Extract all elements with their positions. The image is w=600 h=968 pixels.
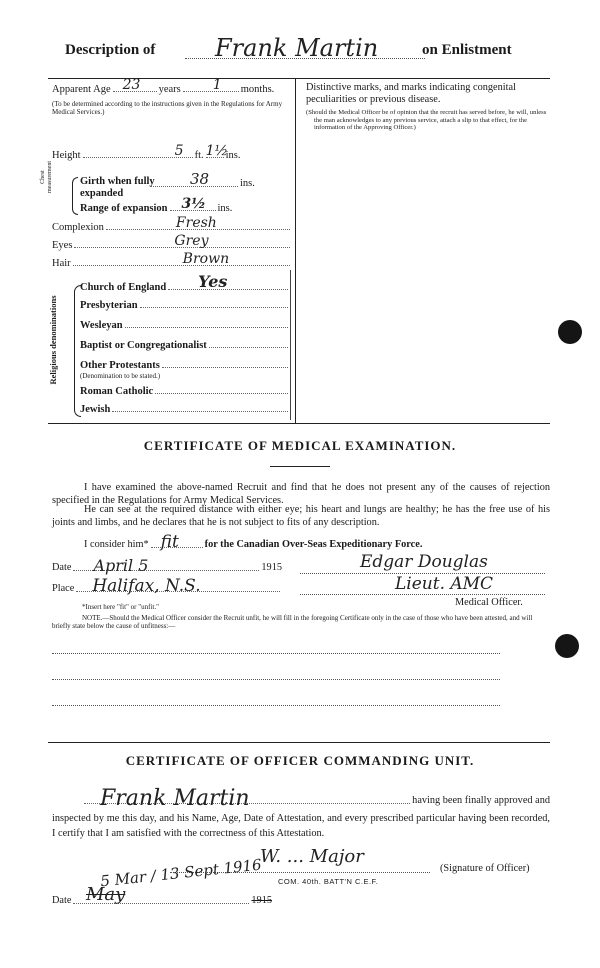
- commanding-heading: CERTIFICATE OF OFFICER COMMANDING UNIT.: [0, 753, 600, 769]
- lower-rule: [48, 742, 550, 743]
- unfit-line-2: [52, 679, 500, 680]
- medical-year-label: 1915: [261, 561, 282, 574]
- form-title: Description of Frank Martin on Enlistmen…: [65, 38, 565, 64]
- title-prefix: Description of: [65, 42, 155, 59]
- height-label: Height: [52, 150, 81, 161]
- complexion-value: Fresh: [176, 215, 217, 231]
- age-months-value: 1: [213, 77, 222, 93]
- mid-rule: [48, 423, 550, 424]
- column-divider: [295, 78, 296, 423]
- commanding-date-label: Date: [52, 894, 71, 907]
- height-row: Height 5 ft. 1½ ins.: [52, 150, 292, 161]
- religion-label: Baptist or Congregationalist: [80, 340, 207, 351]
- girth-ins-label: ins.: [240, 178, 255, 189]
- religion-row: (Denomination to be stated.): [80, 372, 290, 380]
- religion-label: Church of England: [80, 282, 166, 293]
- complexion-row: Complexion Fresh: [52, 222, 292, 233]
- medical-date-row: Date April 5 1915: [52, 561, 282, 574]
- range-row: Range of expansion 3½ ins.: [80, 203, 280, 214]
- consider-row: I consider him* fit for the Canadian Ove…: [84, 538, 544, 551]
- religion-row: Roman Catholic: [80, 386, 290, 397]
- hair-value: Brown: [183, 251, 229, 267]
- commanding-date-row: Date 1915: [52, 894, 272, 907]
- distinctive-note: (Should the Medical Officer be of opinio…: [306, 109, 554, 132]
- medical-place-label: Place: [52, 582, 74, 595]
- medical-date-label: Date: [52, 561, 71, 574]
- left-subdivider: [290, 270, 291, 420]
- medical-heading-rule: [270, 466, 330, 467]
- religion-row: Baptist or Congregationalist: [80, 340, 290, 351]
- months-label: months.: [241, 84, 275, 95]
- apparent-age-row: Apparent Age 23 years 1 months.: [52, 84, 292, 95]
- unit-stamp: COM. 40th. BATT'N C.E.F.: [278, 878, 378, 886]
- range-ins-label: ins.: [218, 203, 233, 214]
- religion-label: Jewish: [80, 404, 110, 415]
- officer-rank: Lieut. AMC: [395, 574, 493, 594]
- punch-hole-lower: [555, 634, 579, 658]
- medical-heading: CERTIFICATE OF MEDICAL EXAMINATION.: [0, 438, 600, 454]
- punch-hole-upper: [558, 320, 582, 344]
- unfit-line-1: [52, 653, 500, 654]
- religion-row: Church of EnglandYes: [80, 282, 290, 293]
- range-label: Range of expansion: [80, 203, 168, 214]
- hair-row: Hair Brown: [52, 258, 292, 269]
- hair-label: Hair: [52, 258, 71, 269]
- insert-note: *Insert here "fit" or "unfit.": [82, 603, 282, 611]
- consider-value: fit: [161, 536, 179, 549]
- religion-row: Jewish: [80, 404, 290, 415]
- medical-place-row: Place Halifax, N.S.: [52, 582, 282, 595]
- complexion-label: Complexion: [52, 222, 104, 233]
- medical-date-value: April 5: [93, 559, 148, 572]
- religion-label: (Denomination to be stated.): [80, 372, 160, 380]
- commanding-name-row: Frank Martin having been finally approve…: [82, 794, 550, 807]
- medical-place-value: Halifax, N.S.: [92, 580, 200, 593]
- medical-footnote: NOTE.—Should the Medical Officer conside…: [52, 614, 550, 630]
- ft-label: ft.: [195, 150, 204, 161]
- girth-label: Girth when fully expanded: [80, 176, 170, 200]
- commanding-year-label: 1915: [251, 894, 272, 907]
- height-ft-value: 5: [175, 143, 184, 159]
- eyes-row: Eyes Grey: [52, 240, 292, 251]
- distinctive-heading: Distinctive marks, and marks indicating …: [306, 82, 546, 106]
- religion-label: Wesleyan: [80, 320, 123, 331]
- girth-row: Girth when fully expanded: [80, 176, 260, 200]
- eyes-value: Grey: [174, 233, 208, 249]
- range-value: 3½: [182, 196, 206, 212]
- officer-rank-line: [300, 594, 545, 595]
- religion-label: Roman Catholic: [80, 386, 153, 397]
- commanding-signature: W. ... Major: [260, 846, 364, 867]
- religion-row: Wesleyan: [80, 320, 290, 331]
- officer-title: Medical Officer.: [455, 596, 523, 609]
- commanding-para: inspected by me this day, and his Name, …: [52, 811, 550, 841]
- unfit-line-3: [52, 705, 500, 706]
- religion-value: Yes: [198, 272, 227, 291]
- chest-brace: [72, 177, 78, 215]
- religion-label: Other Protestants: [80, 360, 160, 371]
- commanding-date-struck: May: [86, 884, 125, 905]
- chest-group-label: Chest measurement: [40, 154, 54, 200]
- religion-group-label: Religious denominations: [48, 290, 58, 390]
- religion-row: Other Protestants: [80, 360, 290, 371]
- height-ins-value: 1½: [206, 143, 228, 159]
- consider-suffix: for the Canadian Over-Seas Expeditionary…: [205, 538, 423, 551]
- age-years-value: 23: [123, 77, 141, 93]
- commanding-line1-suffix: having been finally approved and: [412, 794, 550, 807]
- religion-label: Presbyterian: [80, 300, 138, 311]
- religion-row: Presbyterian: [80, 300, 290, 311]
- commanding-name-value: Frank Martin: [100, 792, 250, 805]
- commanding-signature-label: (Signature of Officer): [440, 862, 530, 875]
- apparent-age-label: Apparent Age: [52, 84, 111, 95]
- officer-signature: Edgar Douglas: [360, 552, 488, 572]
- attestation-page: Description of Frank Martin on Enlistmen…: [0, 0, 600, 968]
- consider-prefix: I consider him*: [84, 538, 149, 551]
- girth-value: 38: [190, 170, 209, 188]
- title-suffix: on Enlistment: [422, 42, 512, 59]
- medical-para2: He can see at the required distance with…: [52, 503, 550, 529]
- years-label: years: [159, 84, 181, 95]
- eyes-label: Eyes: [52, 240, 72, 251]
- recruit-name: Frank Martin: [215, 34, 378, 62]
- age-note: (To be determined according to the instr…: [52, 100, 290, 116]
